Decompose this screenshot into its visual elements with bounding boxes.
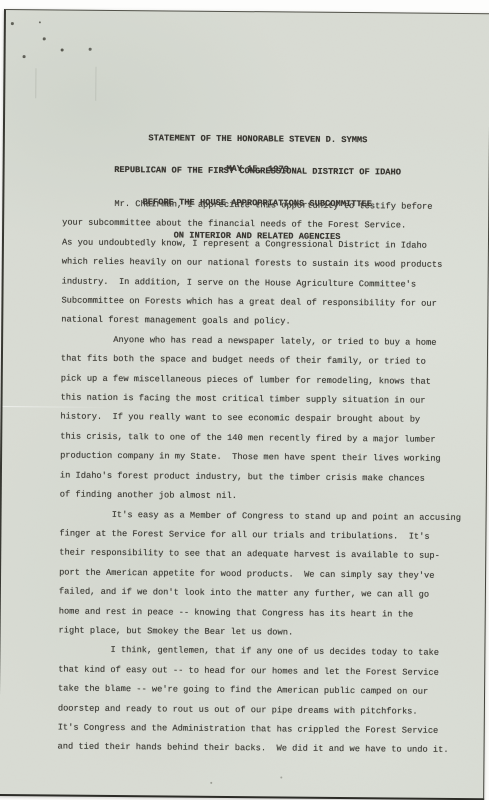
document-page: STATEMENT OF THE HONORABLE STEVEN D. SYM… <box>0 9 489 800</box>
document-body: Mr. Chairman, I appreciate this opportun… <box>57 195 474 761</box>
paragraph-1: Mr. Chairman, I appreciate this opportun… <box>61 195 474 334</box>
photo-background: STATEMENT OF THE HONORABLE STEVEN D. SYM… <box>0 0 489 800</box>
title-line-1: STATEMENT OF THE HONORABLE STEVEN D. SYM… <box>58 132 458 146</box>
paragraph-4: I think, gentlemen, that if any one of u… <box>57 641 470 761</box>
paragraph-2: Anyone who has read a newspaper lately, … <box>60 330 474 508</box>
document-content: STATEMENT OF THE HONORABLE STEVEN D. SYM… <box>0 10 489 798</box>
paragraph-3: It's easy as a Member of Congress to sta… <box>58 505 471 644</box>
